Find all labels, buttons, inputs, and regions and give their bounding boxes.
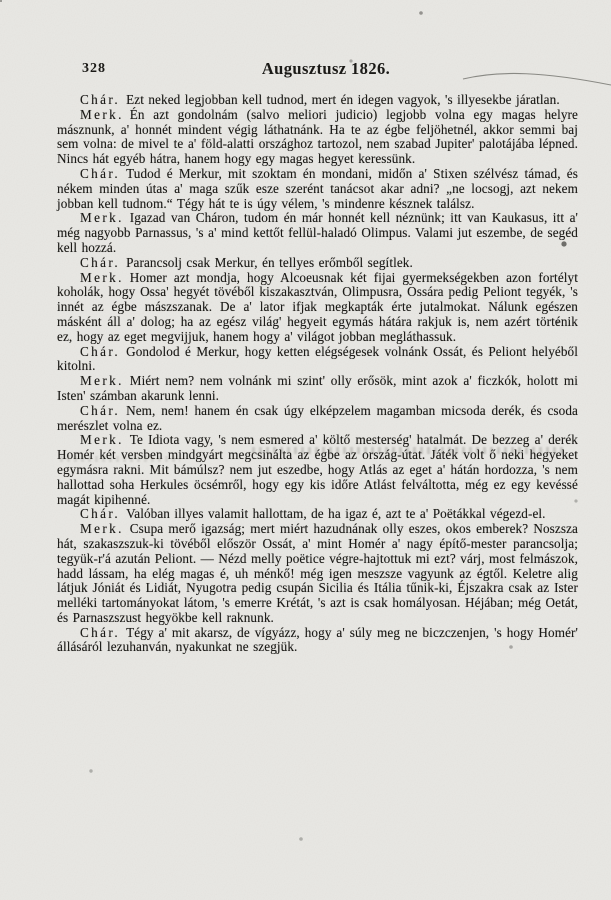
speaker-label: Merk. — [80, 270, 124, 285]
scanned-book-page: 328 Augusztusz 1826. Chár.Ezt neked legj… — [0, 0, 611, 900]
speaker-label: Chár. — [80, 506, 120, 521]
speaker-label: Chár. — [80, 625, 120, 640]
dialogue-paragraph: Merk.Csupa merő igazság; mert miért hazu… — [57, 522, 578, 626]
page-header: 328 Augusztusz 1826. — [0, 0, 611, 90]
dialogue-line: Csupa merő igazság; mert miért hazudnána… — [57, 521, 578, 625]
dialogue-paragraph: Chár.Tégy a' mit akarsz, de vígyázz, hog… — [57, 626, 578, 656]
speaker-label: Merk. — [80, 107, 124, 122]
dialogue-line: Ezt neked legjobban kell tudnod, mert én… — [126, 92, 560, 107]
page-title: Augusztusz 1826. — [262, 59, 390, 79]
dialogue-line: Te Idiota vagy, 's nem esmered a' költő … — [57, 432, 578, 506]
speaker-label: Chár. — [80, 344, 120, 359]
dialogue-line: Tégy a' mit akarsz, de vígyázz, hogy a' … — [57, 625, 578, 655]
dialogue-line: Miért nem? nem volnánk mi szint' olly er… — [57, 373, 578, 403]
dialogue-text-block: Chár.Ezt neked legjobban kell tudnod, me… — [57, 93, 578, 655]
speaker-label: Merk. — [80, 373, 124, 388]
dialogue-line: Valóban illyes valamit hallottam, de ha … — [126, 506, 545, 521]
dialogue-paragraph: Merk.Miért nem? nem volnánk mi szint' ol… — [57, 374, 578, 404]
dialogue-paragraph: Chár.Tudod é Merkur, mit szoktam én mond… — [57, 167, 578, 211]
dialogue-paragraph: Merk.Én azt gondolnám (salvo meliori jud… — [57, 108, 578, 167]
dialogue-line: Homer azt mondja, hogy Alcoeusnak két fi… — [57, 270, 578, 344]
dialogue-paragraph: Chár.Ezt neked legjobban kell tudnod, me… — [57, 93, 578, 108]
dialogue-line: Gondolod é Merkur, hogy ketten elégséges… — [57, 344, 578, 374]
dialogue-line: Igazad van Cháron, tudom én már honnét k… — [57, 210, 578, 255]
dialogue-line: Nem, nem! hanem én csak úgy elképzelem m… — [57, 403, 578, 433]
speaker-label: Merk. — [80, 210, 124, 225]
speaker-label: Chár. — [80, 255, 120, 270]
dialogue-line: Parancsolj csak Merkur, én tellyes erőmb… — [126, 255, 413, 270]
dialogue-paragraph: Merk.Homer azt mondja, hogy Alcoeusnak k… — [57, 271, 578, 345]
speaker-label: Chár. — [80, 403, 120, 418]
dialogue-paragraph: Merk.Igazad van Cháron, tudom én már hon… — [57, 211, 578, 255]
page-number: 328 — [82, 61, 106, 77]
dialogue-paragraph: Chár.Gondolod é Merkur, hogy ketten elég… — [57, 345, 578, 375]
dialogue-line: Én azt gondolnám (salvo meliori judicio)… — [57, 107, 578, 166]
speaker-label: Chár. — [80, 92, 120, 107]
dialogue-paragraph: Chár.Nem, nem! hanem én csak úgy elképze… — [57, 404, 578, 434]
dialogue-line: Tudod é Merkur, mit szoktam én mondani, … — [57, 166, 578, 211]
dialogue-paragraph: Merk.Te Idiota vagy, 's nem esmered a' k… — [57, 433, 578, 507]
dialogue-paragraph: Chár.Parancsolj csak Merkur, én tellyes … — [57, 256, 578, 271]
speaker-label: Merk. — [80, 521, 124, 536]
speaker-label: Merk. — [80, 432, 124, 447]
dialogue-paragraph: Chár.Valóban illyes valamit hallottam, d… — [57, 507, 578, 522]
speaker-label: Chár. — [80, 166, 120, 181]
